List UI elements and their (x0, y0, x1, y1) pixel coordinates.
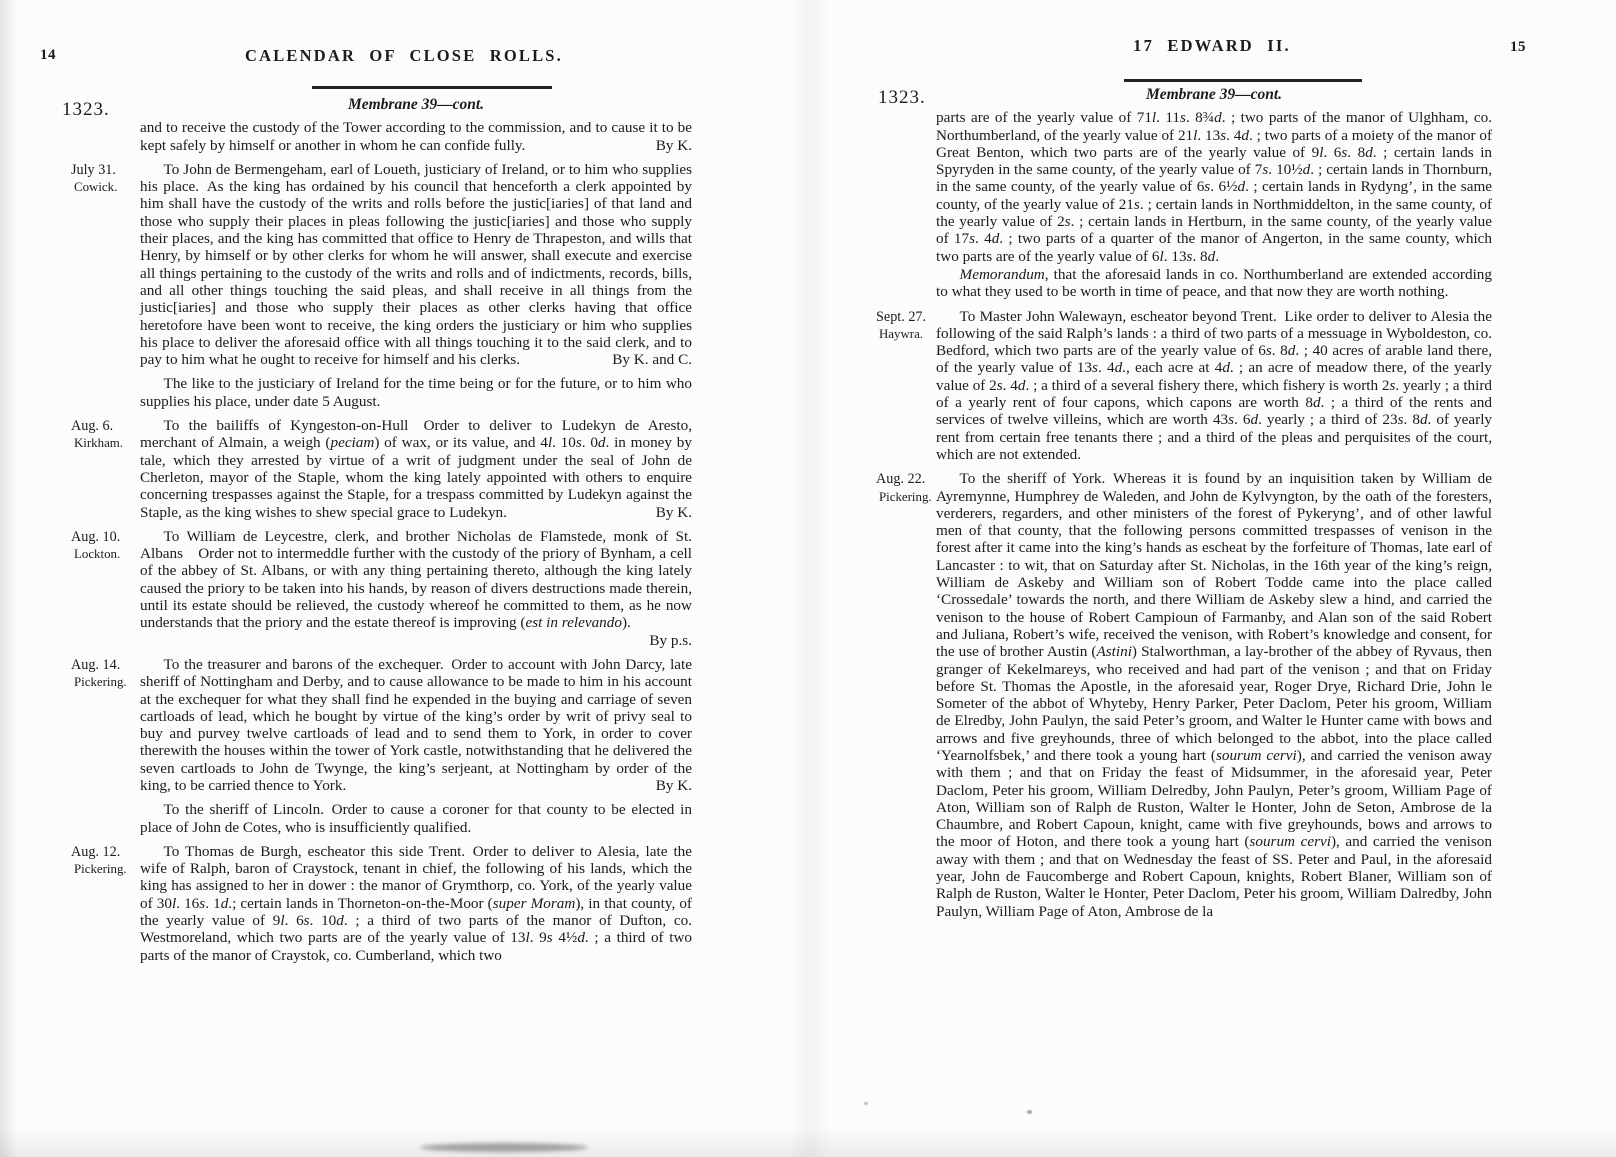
calendar-entry: Aug. 10. Lockton. To William de Leycestr… (60, 528, 692, 649)
calendar-entry: To the sheriff of Lincoln. Order to caus… (60, 801, 692, 836)
entry-paragraph: To the sheriff of York. Whereas it is fo… (936, 470, 1492, 920)
membrane-heading: Membrane 39—cont. (936, 86, 1492, 103)
entry-text: The like to the justiciary of Ireland fo… (140, 375, 692, 409)
entry-paragraph: The like to the justiciary of Ireland fo… (140, 375, 692, 410)
entry-byline: By K. (618, 777, 692, 794)
calendar-entry: July 31. Cowick. To John de Bermengeham,… (60, 161, 692, 369)
entry-place: Pickering. (876, 489, 936, 506)
entry-margin-note (856, 109, 936, 265)
entry-paragraph: Memorandum, that the aforesaid lands in … (936, 266, 1492, 301)
entry-paragraph: To Master John Walewayn, escheator beyon… (936, 308, 1492, 464)
entry-date: Aug. 14. (71, 657, 140, 674)
page-content: Membrane 39—cont. and to receive the cus… (60, 96, 692, 964)
calendar-entry: and to receive the custody of the Tower … (60, 119, 692, 154)
header-rule (1124, 79, 1362, 82)
entry-text: To Thomas de Burgh, escheator this side … (140, 843, 692, 964)
calendar-entry: parts are of the yearly value of 71l. 11… (856, 109, 1492, 265)
entry-text: To William de Leycestre, clerk, and brot… (140, 528, 692, 631)
calendar-entry: The like to the justiciary of Ireland fo… (60, 375, 692, 410)
entry-text: To the sheriff of York. Whereas it is fo… (936, 470, 1492, 919)
entry-text: and to receive the custody of the Tower … (140, 119, 692, 153)
entry-paragraph: To William de Leycestre, clerk, and brot… (140, 528, 692, 632)
entry-text: To Master John Walewayn, escheator beyon… (936, 308, 1492, 463)
entry-body: To the bailiffs of Kyngeston-on-Hull Ord… (140, 417, 692, 521)
entry-byline: By p.s. (612, 632, 692, 649)
entry-margin-note (60, 801, 140, 836)
left-page: 14 CALENDAR OF CLOSE ROLLS. 1323. Membra… (0, 0, 808, 1157)
calendar-entry: Aug. 6. Kirkham. To the bailiffs of Kyng… (60, 417, 692, 521)
entry-margin-note (856, 266, 936, 301)
entry-text: To the sheriff of Lincoln. Order to caus… (140, 801, 692, 835)
entry-paragraph: parts are of the yearly value of 71l. 11… (936, 109, 1492, 265)
entry-margin-note (60, 375, 140, 410)
entry-body: and to receive the custody of the Tower … (140, 119, 692, 154)
page-content: Membrane 39—cont. parts are of the yearl… (856, 86, 1492, 920)
entry-paragraph: To the treasurer and barons of the exche… (140, 656, 692, 794)
entry-byline: By K. (618, 504, 692, 521)
entry-date: July 31. (71, 162, 140, 179)
entry-paragraph: and to receive the custody of the Tower … (140, 119, 692, 154)
entry-date: Aug. 6. (71, 418, 140, 435)
entry-margin-note: Aug. 10. Lockton. (60, 528, 140, 649)
entry-body: To William de Leycestre, clerk, and brot… (140, 528, 692, 649)
entry-paragraph: To John de Bermengeham, earl of Loueth, … (140, 161, 692, 369)
membrane-heading: Membrane 39—cont. (140, 96, 692, 113)
entry-body: To Master John Walewayn, escheator beyon… (936, 308, 1492, 464)
entry-date: Aug. 12. (71, 844, 140, 861)
entry-place: Pickering. (71, 674, 140, 691)
book-spread: 14 CALENDAR OF CLOSE ROLLS. 1323. Membra… (0, 0, 1616, 1157)
entry-body: parts are of the yearly value of 71l. 11… (936, 109, 1492, 265)
entry-paragraph: To the bailiffs of Kyngeston-on-Hull Ord… (140, 417, 692, 521)
entry-body: To the sheriff of Lincoln. Order to caus… (140, 801, 692, 836)
entry-byline: By K. (642, 137, 692, 154)
entry-date: Aug. 22. (876, 471, 936, 488)
entry-place: Lockton. (71, 546, 140, 563)
right-page: 15 17 EDWARD II. 1323. Membrane 39—cont.… (808, 0, 1616, 1157)
entry-body: To Thomas de Burgh, escheator this side … (140, 843, 692, 964)
entry-text: To John de Bermengeham, earl of Loueth, … (140, 161, 692, 368)
running-title: CALENDAR OF CLOSE ROLLS. (0, 46, 808, 66)
entry-text: parts are of the yearly value of 71l. 11… (936, 109, 1492, 264)
entry-place: Pickering. (71, 861, 140, 878)
entry-date: Aug. 10. (71, 529, 140, 546)
entry-place: Haywra. (876, 326, 936, 343)
running-title: 17 EDWARD II. (808, 36, 1616, 56)
entry-margin-note (60, 119, 140, 154)
entry-margin-note: Aug. 6. Kirkham. (60, 417, 140, 521)
entry-body: To John de Bermengeham, earl of Loueth, … (140, 161, 692, 369)
entry-margin-note: Sept. 27. Haywra. (856, 308, 936, 464)
entry-paragraph: To Thomas de Burgh, escheator this side … (140, 843, 692, 964)
entry-text: To the treasurer and barons of the exche… (140, 656, 692, 794)
entry-margin-note: Aug. 22. Pickering. (856, 470, 936, 920)
entry-body: The like to the justiciary of Ireland fo… (140, 375, 692, 410)
entry-margin-note: Aug. 14. Pickering. (60, 656, 140, 794)
entry-date: Sept. 27. (876, 309, 936, 326)
calendar-entry: Aug. 22. Pickering. To the sheriff of Yo… (856, 470, 1492, 920)
entry-body: To the treasurer and barons of the exche… (140, 656, 692, 794)
entry-text: Memorandum, that the aforesaid lands in … (936, 266, 1492, 300)
calendar-entry: Aug. 12. Pickering. To Thomas de Burgh, … (60, 843, 692, 964)
header-rule (312, 86, 552, 89)
entry-place: Kirkham. (71, 435, 140, 452)
entry-margin-note: Aug. 12. Pickering. (60, 843, 140, 964)
calendar-entry: Aug. 14. Pickering. To the treasurer and… (60, 656, 692, 794)
entry-paragraph: To the sheriff of Lincoln. Order to caus… (140, 801, 692, 836)
entry-place: Cowick. (71, 179, 140, 196)
entry-body: To the sheriff of York. Whereas it is fo… (936, 470, 1492, 920)
entry-body: Memorandum, that the aforesaid lands in … (936, 266, 1492, 301)
entry-text: To the bailiffs of Kyngeston-on-Hull Ord… (140, 417, 692, 520)
calendar-entry: Memorandum, that the aforesaid lands in … (856, 266, 1492, 301)
entry-byline: By K. and C. (575, 351, 692, 368)
calendar-entry: Sept. 27. Haywra. To Master John Waleway… (856, 308, 1492, 464)
entry-margin-note: July 31. Cowick. (60, 161, 140, 369)
